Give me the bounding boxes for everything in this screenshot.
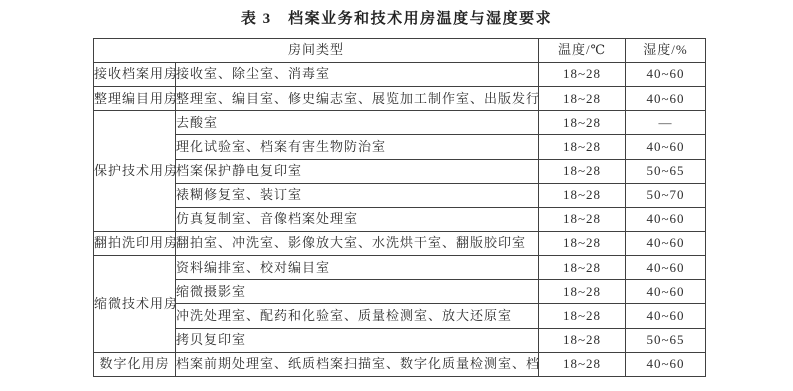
table-row: 保护技术用房去酸室18~28— (94, 111, 706, 135)
temperature-cell: 18~28 (539, 231, 626, 255)
table-row: 整理编目用房整理室、编目室、修史编志室、展览加工制作室、出版发行室18~2840… (94, 87, 706, 111)
requirements-table: 房间类型 温度/℃ 湿度/% 接收档案用房接收室、除尘室、消毒室18~2840~… (93, 38, 706, 377)
humidity-cell: 40~60 (626, 135, 706, 159)
rooms-cell: 翻拍室、冲洗室、影像放大室、水洗烘干室、翻版胶印室 (176, 231, 539, 255)
category-cell: 整理编目用房 (94, 87, 176, 111)
humidity-cell: 50~65 (626, 328, 706, 352)
temperature-cell: 18~28 (539, 352, 626, 376)
humidity-cell: 50~65 (626, 159, 706, 183)
humidity-cell: — (626, 111, 706, 135)
category-cell: 数字化用房 (94, 352, 176, 376)
table-row: 档案保护静电复印室18~2850~65 (94, 159, 706, 183)
category-cell: 保护技术用房 (94, 111, 176, 232)
humidity-cell: 40~60 (626, 280, 706, 304)
table-row: 冲洗处理室、配药和化验室、质量检测室、放大还原室18~2840~60 (94, 304, 706, 328)
rooms-cell: 缩微摄影室 (176, 280, 539, 304)
table-row: 数字化用房档案前期处理室、纸质档案扫描室、数字化质量检测室、档案中转室18~28… (94, 352, 706, 376)
table-row: 缩微技术用房资料编排室、校对编目室18~2840~60 (94, 256, 706, 280)
rooms-cell: 接收室、除尘室、消毒室 (176, 63, 539, 87)
table-row: 裱糊修复室、装订室18~2850~70 (94, 183, 706, 207)
humidity-cell: 40~60 (626, 256, 706, 280)
temperature-cell: 18~28 (539, 280, 626, 304)
category-cell: 接收档案用房 (94, 63, 176, 87)
rooms-cell: 档案前期处理室、纸质档案扫描室、数字化质量检测室、档案中转室 (176, 352, 539, 376)
temperature-cell: 18~28 (539, 63, 626, 87)
table-title: 表 3 档案业务和技术用房温度与湿度要求 (0, 0, 793, 31)
humidity-cell: 40~60 (626, 352, 706, 376)
document-page: 表 3 档案业务和技术用房温度与湿度要求 房间类型 温度/℃ 湿度/% 接收档案… (0, 0, 793, 391)
table-row: 接收档案用房接收室、除尘室、消毒室18~2840~60 (94, 63, 706, 87)
humidity-cell: 40~60 (626, 87, 706, 111)
table-row: 理化试验室、档案有害生物防治室18~2840~60 (94, 135, 706, 159)
rooms-cell: 档案保护静电复印室 (176, 159, 539, 183)
table-row: 拷贝复印室18~2850~65 (94, 328, 706, 352)
humidity-cell: 50~70 (626, 183, 706, 207)
temperature-cell: 18~28 (539, 207, 626, 231)
table-row: 缩微摄影室18~2840~60 (94, 280, 706, 304)
category-cell: 翻拍洗印用房 (94, 231, 176, 255)
rooms-cell: 拷贝复印室 (176, 328, 539, 352)
table-row: 仿真复制室、音像档案处理室18~2840~60 (94, 207, 706, 231)
rooms-cell: 整理室、编目室、修史编志室、展览加工制作室、出版发行室 (176, 87, 539, 111)
humidity-cell: 40~60 (626, 207, 706, 231)
temperature-cell: 18~28 (539, 183, 626, 207)
header-humidity: 湿度/% (626, 39, 706, 63)
rooms-cell: 冲洗处理室、配药和化验室、质量检测室、放大还原室 (176, 304, 539, 328)
rooms-cell: 去酸室 (176, 111, 539, 135)
temperature-cell: 18~28 (539, 159, 626, 183)
header-row: 房间类型 温度/℃ 湿度/% (94, 39, 706, 63)
temperature-cell: 18~28 (539, 111, 626, 135)
rooms-cell: 裱糊修复室、装订室 (176, 183, 539, 207)
humidity-cell: 40~60 (626, 63, 706, 87)
temperature-cell: 18~28 (539, 87, 626, 111)
rooms-cell: 理化试验室、档案有害生物防治室 (176, 135, 539, 159)
header-room-type: 房间类型 (94, 39, 539, 63)
table-body: 接收档案用房接收室、除尘室、消毒室18~2840~60整理编目用房整理室、编目室… (94, 63, 706, 377)
humidity-cell: 40~60 (626, 304, 706, 328)
temperature-cell: 18~28 (539, 256, 626, 280)
temperature-cell: 18~28 (539, 304, 626, 328)
temperature-cell: 18~28 (539, 328, 626, 352)
header-temperature: 温度/℃ (539, 39, 626, 63)
category-cell: 缩微技术用房 (94, 256, 176, 353)
table-row: 翻拍洗印用房翻拍室、冲洗室、影像放大室、水洗烘干室、翻版胶印室18~2840~6… (94, 231, 706, 255)
temperature-cell: 18~28 (539, 135, 626, 159)
humidity-cell: 40~60 (626, 231, 706, 255)
rooms-cell: 资料编排室、校对编目室 (176, 256, 539, 280)
rooms-cell: 仿真复制室、音像档案处理室 (176, 207, 539, 231)
